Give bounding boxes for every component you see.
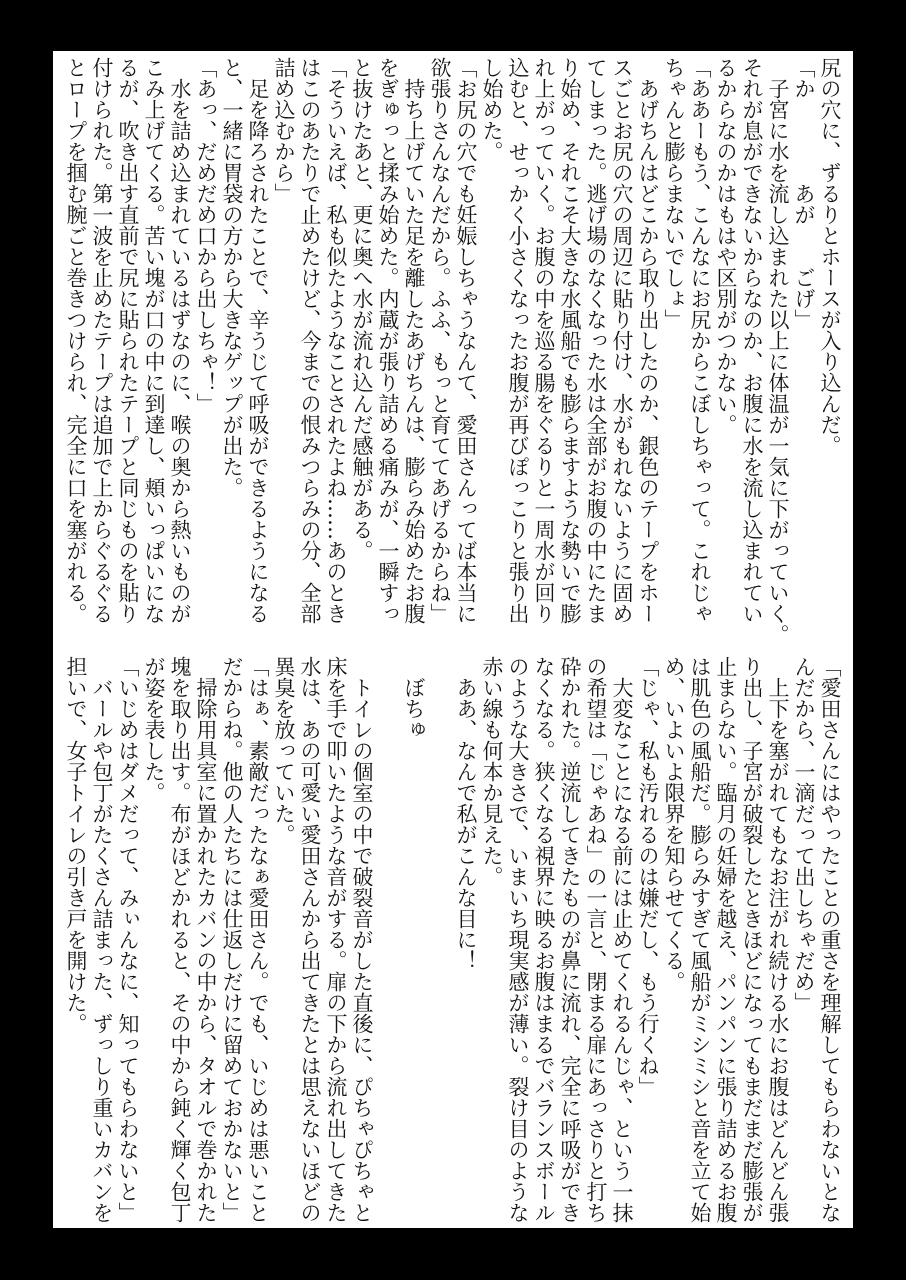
screen-background: 尻の穴に、ずるりとホースが入り込んだ。 「か あが ごげ」 子宮に水を流し込まれ… bbox=[0, 0, 906, 1280]
story-text-top: 尻の穴に、ずるりとホースが入り込んだ。 「か あが ごげ」 子宮に水を流し込まれ… bbox=[63, 57, 843, 629]
story-text-bottom: 「愛田さんにはやったことの重さを理解してもらわないとな んだから、一滴だって出し… bbox=[63, 656, 843, 1228]
story-page: 尻の穴に、ずるりとホースが入り込んだ。 「か あが ごげ」 子宮に水を流し込まれ… bbox=[53, 51, 853, 1228]
